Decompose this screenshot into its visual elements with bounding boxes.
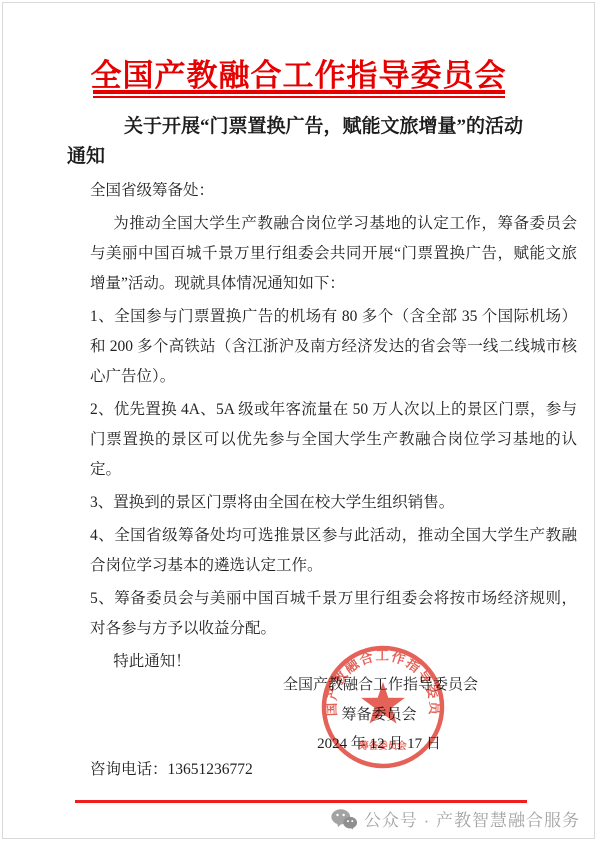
- footer-wechat-label: 公众号 · 产教智慧融合服务: [364, 806, 580, 831]
- seal-star-icon: [361, 682, 405, 724]
- item-2: 2、优先置换 4A、5A 级或年客流量在 50 万人次以上的景区门票，参与门票置…: [90, 395, 577, 485]
- title-underline-thick: [93, 90, 505, 94]
- item-1: 1、全国参与门票置换广告的机场有 80 多个（含全部 35 个国际机场）和 20…: [90, 302, 577, 392]
- contact-phone: 咨询电话：13651236772: [90, 755, 253, 785]
- item-3: 3、置换到的景区门票将由全国在校大学生组织销售。: [90, 488, 577, 518]
- footer-red-line: [75, 800, 527, 803]
- footer-watermark: 公众号 · 产教智慧融合服务: [331, 806, 580, 831]
- item-4: 4、全国省级筹备处均可选推景区参与此活动，推动全国大学生产教融合岗位学习基本的遴…: [90, 521, 577, 581]
- title-underline-thin: [93, 96, 505, 98]
- wechat-icon: [331, 808, 357, 830]
- org-title: 全国产教融合工作指导委员会: [0, 50, 597, 95]
- notice-document-page: 全国产教融合工作指导委员会 关于开展“门票置换广告，赋能文旅增量”的活动通知 全…: [0, 0, 597, 841]
- seal-bottom-text: 筹备委员会: [359, 740, 407, 752]
- salutation: 全国省级筹备处：: [90, 176, 577, 206]
- notice-subtitle: 关于开展“门票置换广告，赋能文旅增量”的活动通知: [67, 112, 529, 172]
- intro-paragraph: 为推动全国大学生产教融合岗位学习基地的认定工作，筹备委员会与美丽中国百城千景万里…: [90, 209, 577, 299]
- official-seal: 全国产教融合工作指导委员会 筹备委员会: [318, 642, 448, 772]
- notice-body: 全国省级筹备处： 为推动全国大学生产教融合岗位学习基地的认定工作，筹备委员会与美…: [90, 176, 577, 680]
- item-5: 5、筹备委员会与美丽中国百城千景万里行组委会将按市场经济规则，对各参与方予以收益…: [90, 584, 577, 644]
